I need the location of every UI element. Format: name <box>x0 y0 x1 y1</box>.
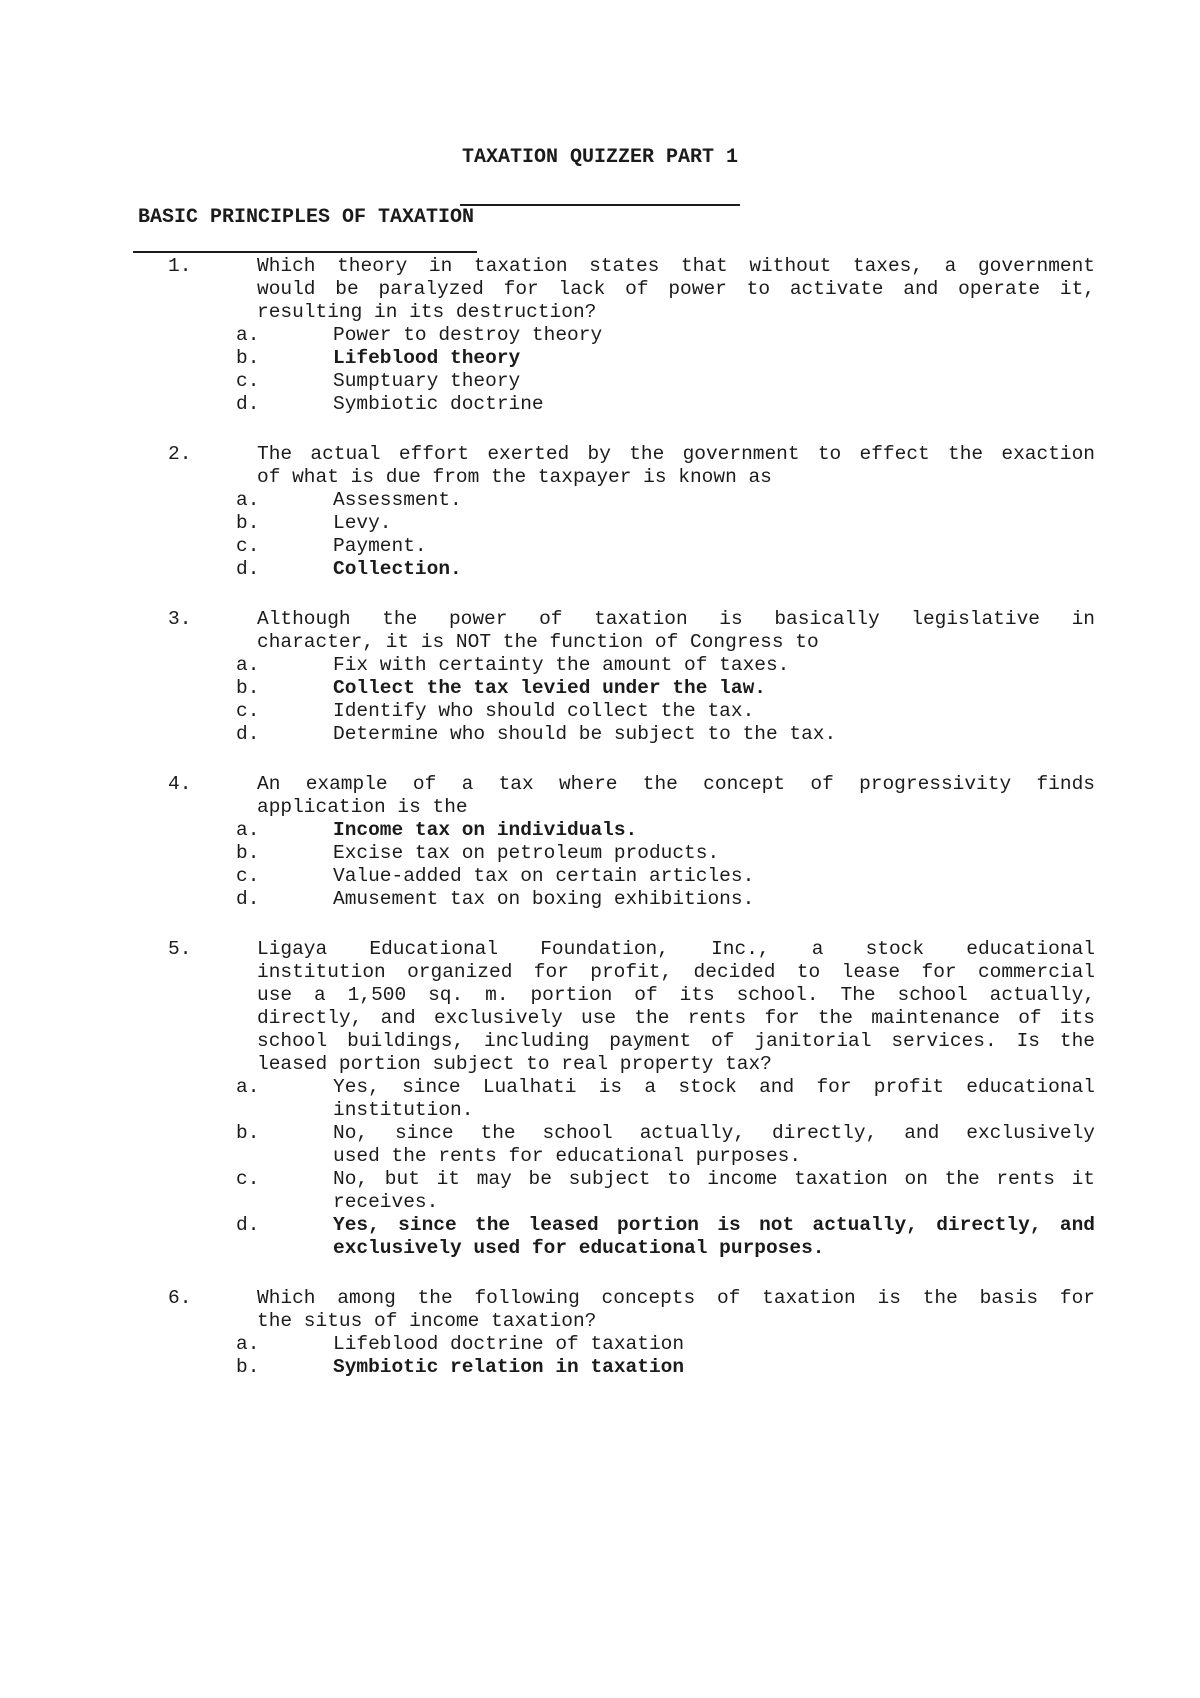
option-letter: a. <box>236 489 259 512</box>
option-letter: a. <box>236 1333 259 1356</box>
option-letter: b. <box>236 1122 259 1145</box>
option-text: No, but it may be subject to income taxa… <box>333 1168 1095 1214</box>
options-list: a.Fix with certainty the amount of taxes… <box>0 654 1200 746</box>
question-text-line: the situs of income taxation? <box>257 1310 1095 1333</box>
option-text-line: Collection. <box>333 558 1095 581</box>
option-text: Power to destroy theory <box>333 324 1095 347</box>
option-text: Fix with certainty the amount of taxes. <box>333 654 1095 677</box>
option-row: a.Fix with certainty the amount of taxes… <box>0 654 1200 677</box>
section-heading: BASIC PRINCIPLES OF TAXATION <box>138 206 474 230</box>
option-text-line: Yes, since Lualhati is a stock and for p… <box>333 1076 1095 1099</box>
option-letter: c. <box>236 370 259 393</box>
question-2: 2.The actual effort exerted by the gover… <box>0 443 1200 581</box>
option-row: b.Collect the tax levied under the law. <box>0 677 1200 700</box>
option-text: Levy. <box>333 512 1095 535</box>
questions-list: 1.Which theory in taxation states that w… <box>0 255 1200 1379</box>
option-text: Sumptuary theory <box>333 370 1095 393</box>
options-list: a.Yes, since Lualhati is a stock and for… <box>0 1076 1200 1260</box>
option-text-line: Yes, since the leased portion is not act… <box>333 1214 1095 1237</box>
question-number: 2. <box>168 443 191 466</box>
option-text: Value-added tax on certain articles. <box>333 865 1095 888</box>
option-letter: a. <box>236 654 259 677</box>
option-row: a.Power to destroy theory <box>0 324 1200 347</box>
question-text-line: Although the power of taxation is basica… <box>257 608 1095 631</box>
option-text-line: receives. <box>333 1191 1095 1214</box>
question-text: Which among the following concepts of ta… <box>257 1287 1095 1333</box>
option-text-line: No, since the school actually, directly,… <box>333 1122 1095 1145</box>
question-text-line: school buildings, including payment of j… <box>257 1030 1095 1053</box>
option-text-line: Assessment. <box>333 489 1095 512</box>
option-row: c.Value-added tax on certain articles. <box>0 865 1200 888</box>
option-text: Determine who should be subject to the t… <box>333 723 1095 746</box>
option-letter: c. <box>236 1168 259 1191</box>
option-text: Yes, since Lualhati is a stock and for p… <box>333 1076 1095 1122</box>
option-letter: b. <box>236 677 259 700</box>
option-text-line: Value-added tax on certain articles. <box>333 865 1095 888</box>
option-text: Lifeblood doctrine of taxation <box>333 1333 1095 1356</box>
question-text-line: would be paralyzed for lack of power to … <box>257 278 1095 301</box>
options-list: a.Assessment.b.Levy.c.Payment.d.Collecti… <box>0 489 1200 581</box>
option-text-line: Income tax on individuals. <box>333 819 1095 842</box>
option-text-line: Amusement tax on boxing exhibitions. <box>333 888 1095 911</box>
option-row: d.Amusement tax on boxing exhibitions. <box>0 888 1200 911</box>
question-text-line: of what is due from the taxpayer is know… <box>257 466 1095 489</box>
option-row: a.Assessment. <box>0 489 1200 512</box>
option-letter: c. <box>236 535 259 558</box>
option-letter: a. <box>236 324 259 347</box>
option-text: Excise tax on petroleum products. <box>333 842 1095 865</box>
question-text: The actual effort exerted by the governm… <box>257 443 1095 489</box>
option-text: Collect the tax levied under the law. <box>333 677 1095 700</box>
option-text-line: Lifeblood doctrine of taxation <box>333 1333 1095 1356</box>
option-row: c.Sumptuary theory <box>0 370 1200 393</box>
question-text-line: directly, and exclusively use the rents … <box>257 1007 1095 1030</box>
option-letter: d. <box>236 1214 259 1237</box>
option-text: Amusement tax on boxing exhibitions. <box>333 888 1095 911</box>
question-1: 1.Which theory in taxation states that w… <box>0 255 1200 416</box>
option-letter: d. <box>236 888 259 911</box>
option-text-line: Levy. <box>333 512 1095 535</box>
option-letter: d. <box>236 558 259 581</box>
option-text: Symbiotic relation in taxation <box>333 1356 1095 1379</box>
option-text-line: Symbiotic relation in taxation <box>333 1356 1095 1379</box>
question-3: 3.Although the power of taxation is basi… <box>0 608 1200 746</box>
option-row: c.Payment. <box>0 535 1200 558</box>
option-row: c.No, but it may be subject to income ta… <box>0 1168 1200 1214</box>
option-row: c.Identify who should collect the tax. <box>0 700 1200 723</box>
question-number: 6. <box>168 1287 191 1310</box>
question-text-line: application is the <box>257 796 1095 819</box>
option-letter: c. <box>236 865 259 888</box>
question-text: An example of a tax where the concept of… <box>257 773 1095 819</box>
option-text: Assessment. <box>333 489 1095 512</box>
option-row: b.No, since the school actually, directl… <box>0 1122 1200 1168</box>
question-text-line: An example of a tax where the concept of… <box>257 773 1095 796</box>
options-list: a.Income tax on individuals.b.Excise tax… <box>0 819 1200 911</box>
options-list: a.Lifeblood doctrine of taxationb.Symbio… <box>0 1333 1200 1379</box>
option-text-line: No, but it may be subject to income taxa… <box>333 1168 1095 1191</box>
option-text-line: Excise tax on petroleum products. <box>333 842 1095 865</box>
question-text-line: institution organized for profit, decide… <box>257 961 1095 984</box>
option-text-line: Symbiotic doctrine <box>333 393 1095 416</box>
question-text: Which theory in taxation states that wit… <box>257 255 1095 324</box>
option-letter: b. <box>236 347 259 370</box>
option-letter: a. <box>236 1076 259 1099</box>
option-text-line: Sumptuary theory <box>333 370 1095 393</box>
question-number: 3. <box>168 608 191 631</box>
option-text: Identify who should collect the tax. <box>333 700 1095 723</box>
option-text-line: Identify who should collect the tax. <box>333 700 1095 723</box>
option-row: b.Lifeblood theory <box>0 347 1200 370</box>
question-5: 5.Ligaya Educational Foundation, Inc., a… <box>0 938 1200 1260</box>
option-row: a.Income tax on individuals. <box>0 819 1200 842</box>
option-letter: d. <box>236 393 259 416</box>
option-letter: c. <box>236 700 259 723</box>
section-heading-underline <box>133 251 477 253</box>
question-text-line: leased portion subject to real property … <box>257 1053 1095 1076</box>
question-number: 4. <box>168 773 191 796</box>
option-text-line: Lifeblood theory <box>333 347 1095 370</box>
option-text-line: Collect the tax levied under the law. <box>333 677 1095 700</box>
question-text: Although the power of taxation is basica… <box>257 608 1095 654</box>
option-text: Collection. <box>333 558 1095 581</box>
option-text-line: exclusively used for educational purpose… <box>333 1237 1095 1260</box>
option-row: d.Symbiotic doctrine <box>0 393 1200 416</box>
option-letter: b. <box>236 1356 259 1379</box>
option-text: Lifeblood theory <box>333 347 1095 370</box>
option-text-line: used the rents for educational purposes. <box>333 1145 1095 1168</box>
question-6: 6.Which among the following concepts of … <box>0 1287 1200 1379</box>
option-text-line: Payment. <box>333 535 1095 558</box>
document-page: TAXATION QUIZZER PART 1 BASIC PRINCIPLES… <box>0 0 1200 1698</box>
question-text-line: resulting in its destruction? <box>257 301 1095 324</box>
option-text: No, since the school actually, directly,… <box>333 1122 1095 1168</box>
option-text-line: Determine who should be subject to the t… <box>333 723 1095 746</box>
option-row: a.Lifeblood doctrine of taxation <box>0 1333 1200 1356</box>
question-text-line: character, it is NOT the function of Con… <box>257 631 1095 654</box>
option-text: Payment. <box>333 535 1095 558</box>
option-row: b.Excise tax on petroleum products. <box>0 842 1200 865</box>
question-text-line: Which theory in taxation states that wit… <box>257 255 1095 278</box>
question-4: 4.An example of a tax where the concept … <box>0 773 1200 911</box>
option-row: d.Determine who should be subject to the… <box>0 723 1200 746</box>
question-text-line: use a 1,500 sq. m. portion of its school… <box>257 984 1095 1007</box>
option-row: b.Levy. <box>0 512 1200 535</box>
option-row: b.Symbiotic relation in taxation <box>0 1356 1200 1379</box>
question-text: Ligaya Educational Foundation, Inc., a s… <box>257 938 1095 1076</box>
option-text: Symbiotic doctrine <box>333 393 1095 416</box>
option-letter: d. <box>236 723 259 746</box>
option-row: d.Yes, since the leased portion is not a… <box>0 1214 1200 1260</box>
option-letter: b. <box>236 842 259 865</box>
document-title: TAXATION QUIZZER PART 1 <box>0 146 1200 170</box>
question-number: 5. <box>168 938 191 961</box>
option-letter: b. <box>236 512 259 535</box>
option-text-line: institution. <box>333 1099 1095 1122</box>
option-letter: a. <box>236 819 259 842</box>
title-underline <box>460 204 740 206</box>
option-row: a.Yes, since Lualhati is a stock and for… <box>0 1076 1200 1122</box>
option-row: d.Collection. <box>0 558 1200 581</box>
question-text-line: The actual effort exerted by the governm… <box>257 443 1095 466</box>
option-text: Yes, since the leased portion is not act… <box>333 1214 1095 1260</box>
option-text-line: Fix with certainty the amount of taxes. <box>333 654 1095 677</box>
question-text-line: Ligaya Educational Foundation, Inc., a s… <box>257 938 1095 961</box>
question-text-line: Which among the following concepts of ta… <box>257 1287 1095 1310</box>
question-number: 1. <box>168 255 191 278</box>
option-text: Income tax on individuals. <box>333 819 1095 842</box>
option-text-line: Power to destroy theory <box>333 324 1095 347</box>
options-list: a.Power to destroy theoryb.Lifeblood the… <box>0 324 1200 416</box>
